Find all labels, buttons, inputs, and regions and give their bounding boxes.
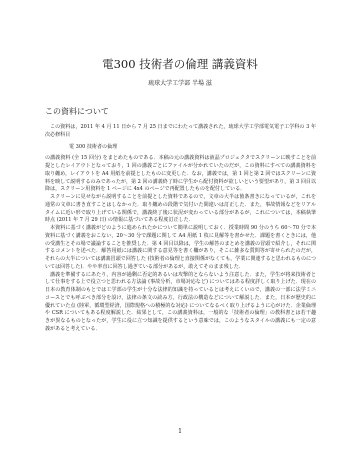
document-author: 琉球大学工学部 半場 滋 [0, 80, 360, 88]
paragraph-lecture-method: 本資料に基づく講義がどのように進められたかについて簡単に説明しておく．授業時間 … [45, 225, 316, 272]
paragraph-screen-note: スクリーンに見せながら説明することを前提とした資料であるので，文章の大半は箇条書… [45, 194, 316, 225]
page-number: 1 [0, 428, 360, 435]
course-name-quote: 電 300 技術者の倫理 [69, 144, 316, 152]
paragraph-intro: この資料は，2011 年 4 月 11 日から 7 月 25 日までにわたって講… [45, 124, 316, 140]
section-heading: この資料について [45, 107, 109, 117]
document-body: この資料は，2011 年 4 月 11 日から 7 月 25 日までにわたって講… [45, 124, 316, 334]
paragraph-continuation: の講義資料 (全 15 回分) をまとめたものである．本稿の元の講義資料は液晶プ… [45, 155, 316, 194]
paragraph-preparation: 講義を準備するにあたり，内容が過剰に否定的あるいは攻撃的とならないよう注意した．… [45, 272, 316, 334]
document-title: 電300 技術者の倫理 講義資料 [0, 57, 360, 71]
